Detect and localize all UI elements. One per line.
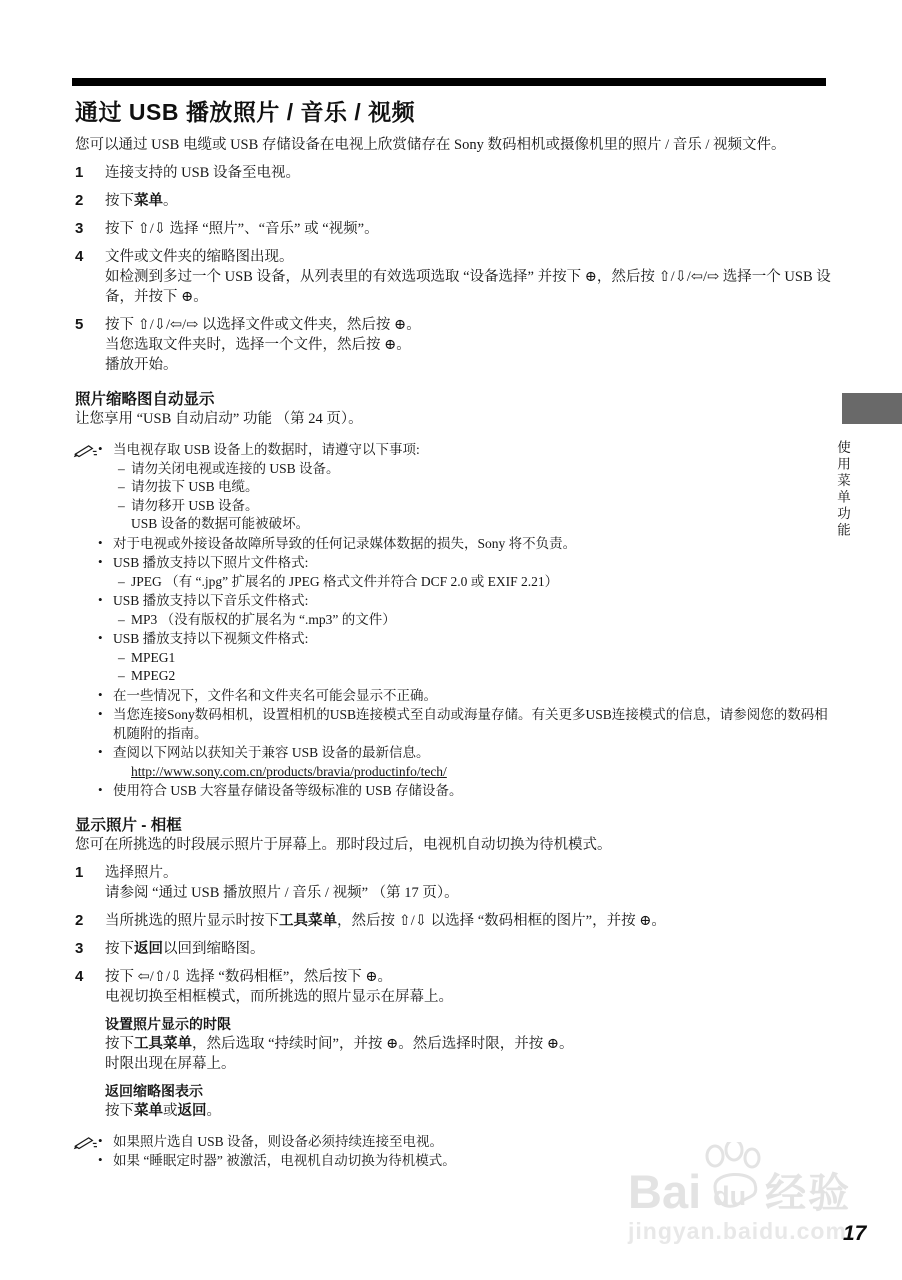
line-text: 文件或文件夹的缩略图出现。 xyxy=(105,247,831,267)
step-item: 4文件或文件夹的缩略图出现。 xyxy=(75,247,831,267)
note-item: •使用符合 USB 大容量存储设备等级标准的 USB 存储设备。 xyxy=(113,782,831,801)
note-pencil-icon xyxy=(73,1135,97,1150)
bullet-marker: • xyxy=(98,705,103,724)
line-text: 如果 “睡眠定时器” 被激活，电视机自动切换为待机模式。 xyxy=(113,1153,456,1168)
dash-marker: – xyxy=(118,667,125,686)
note-item: •USB 播放支持以下音乐文件格式: xyxy=(113,592,831,611)
line-text: 请勿移开 USB 设备。 xyxy=(131,498,259,513)
line-text: 显示照片 - 相框 xyxy=(75,817,182,834)
step-number: 4 xyxy=(75,247,105,267)
line-text: 使用符合 USB 大容量存储设备等级标准的 USB 存储设备。 xyxy=(113,783,463,798)
section-heading-auto-thumbnail: 照片缩略图自动显示 xyxy=(75,390,831,409)
note-item: •当电视存取 USB 设备上的数据时，请遵守以下事项: xyxy=(113,441,831,460)
line-text: 按下 ⇧/⇩/⇦/⇨ 以选择文件或文件夹，然后按 ⊕。 xyxy=(105,315,831,335)
note-item: •USB 播放支持以下视频文件格式: xyxy=(113,630,831,649)
line-text: USB 播放支持以下照片文件格式: xyxy=(113,555,308,570)
step-number: 5 xyxy=(75,315,105,335)
page-content: 通过 USB 播放照片 / 音乐 / 视频 您可以通过 USB 电缆或 USB … xyxy=(75,94,831,1171)
bullet-marker: • xyxy=(98,534,103,553)
bullet-marker: • xyxy=(98,686,103,705)
bullet-marker: • xyxy=(98,743,103,762)
dash-marker: – xyxy=(118,649,125,668)
line-text: 让您享用 “USB 自动启动” 功能 （第 24 页）。 xyxy=(75,411,363,427)
step-body: 如检测到多过一个 USB 设备，从列表里的有效选项选取 “设备选择” 并按下 ⊕… xyxy=(105,267,831,307)
step-number: 3 xyxy=(75,939,105,959)
note-item: •当您连接Sony数码相机，设置相机的USB连接模式至自动或海量存储。有关更多U… xyxy=(113,706,831,743)
dash-marker: – xyxy=(118,460,125,479)
step-body: 电视切换至相框模式，而所挑选的照片显示在屏幕上。 xyxy=(105,987,831,1007)
dash-marker: – xyxy=(118,497,125,516)
bullet-marker: • xyxy=(98,440,103,459)
step-item: 4按下 ⇦/⇧/⇩ 选择 “数码相框”，然后按下 ⊕。 xyxy=(75,967,831,987)
document-body: 您可以通过 USB 电缆或 USB 存储设备在电视上欣赏储存在 Sony 数码相… xyxy=(75,135,831,1171)
step-number: 1 xyxy=(75,863,105,883)
step-number: 1 xyxy=(75,163,105,183)
line-text: 按下菜单或返回。 xyxy=(105,1103,221,1119)
note-subitem: –JPEG （有 “.jpg” 扩展名的 JPEG 格式文件并符合 DCF 2.… xyxy=(131,573,831,592)
line-text: 您可以通过 USB 电缆或 USB 存储设备在电视上欣赏储存在 Sony 数码相… xyxy=(75,137,786,153)
note-subitem: –请勿拔下 USB 电缆。 xyxy=(131,478,831,497)
paw-icon: du xyxy=(701,1142,765,1214)
step-number: 3 xyxy=(75,219,105,239)
line-text: 对于电视或外接设备故障所导致的任何记录媒体数据的损失，Sony 将不负责。 xyxy=(113,536,576,551)
line-text: MPEG1 xyxy=(131,650,175,665)
step-body: 请参阅 “通过 USB 播放照片 / 音乐 / 视频” （第 17 页）。 xyxy=(105,883,831,903)
step-item: 3按下返回以回到缩略图。 xyxy=(75,939,831,959)
line-text: MPEG2 xyxy=(131,668,175,683)
dash-marker: – xyxy=(118,478,125,497)
watermark-text-du: du xyxy=(713,1181,746,1212)
line-text: 您可在所挑选的时段展示照片于屏幕上。那时段过后，电视机自动切换为待机模式。 xyxy=(75,837,612,853)
note-subitem: –MPEG2 xyxy=(131,667,831,686)
line-text: 请勿关闭电视或连接的 USB 设备。 xyxy=(131,461,340,476)
note-subitem: –MP3 （没有版权的扩展名为 “.mp3” 的文件） xyxy=(131,611,831,630)
page-title: 通过 USB 播放照片 / 音乐 / 视频 xyxy=(75,94,831,127)
paragraph: 让您享用 “USB 自动启动” 功能 （第 24 页）。 xyxy=(75,409,831,429)
step-item: 1选择照片。 xyxy=(75,863,831,883)
note-item: •查阅以下网站以获知关于兼容 USB 设备的最新信息。 xyxy=(113,744,831,763)
bullet-marker: • xyxy=(98,629,103,648)
line-text: 当电视存取 USB 设备上的数据时，请遵守以下事项: xyxy=(113,442,420,457)
watermark-text-jingyan: 经验 xyxy=(765,1172,851,1214)
step-item: 5按下 ⇧/⇩/⇦/⇨ 以选择文件或文件夹，然后按 ⊕。 xyxy=(75,315,831,335)
dash-marker: – xyxy=(118,573,125,592)
line-text: 返回缩略图表示 xyxy=(105,1083,203,1099)
step-number: 2 xyxy=(75,191,105,211)
line-text: 按下工具菜单，然后选取 “持续时间”，并按 ⊕。然后选择时限，并按 ⊕。 xyxy=(105,1036,574,1052)
line-text: 按下 ⇦/⇧/⇩ 选择 “数码相框”，然后按下 ⊕。 xyxy=(105,967,831,987)
step-item: 3按下 ⇧/⇩ 选择 “照片”、“音乐” 或 “视频”。 xyxy=(75,219,831,239)
line-text: 当您连接Sony数码相机，设置相机的USB连接模式至自动或海量存储。有关更多US… xyxy=(113,707,828,741)
bullet-marker: • xyxy=(98,553,103,572)
watermark-text-bai: Bai xyxy=(628,1170,701,1214)
step-body: 按下菜单或返回。 xyxy=(105,1101,831,1121)
line-text: 连接支持的 USB 设备至电视。 xyxy=(105,163,831,183)
step-body: 播放开始。 xyxy=(105,355,831,375)
line-text: 请勿拔下 USB 电缆。 xyxy=(131,479,259,494)
line-text: 如果照片选自 USB 设备，则设备必须持续连接至电视。 xyxy=(113,1134,443,1149)
step-item: 1连接支持的 USB 设备至电视。 xyxy=(75,163,831,183)
step-number: 4 xyxy=(75,967,105,987)
bullet-marker: • xyxy=(98,591,103,610)
step-item: 2按下菜单。 xyxy=(75,191,831,211)
line-text: 请参阅 “通过 USB 播放照片 / 音乐 / 视频” （第 17 页）。 xyxy=(105,885,459,901)
line-text: 按下菜单。 xyxy=(105,191,831,211)
section-label-vertical: 使用菜单功能 xyxy=(832,440,852,539)
note-subitem: –MPEG1 xyxy=(131,649,831,668)
line-text: 电视切换至相框模式，而所挑选的照片显示在屏幕上。 xyxy=(105,989,453,1005)
paragraph: 您可在所挑选的时段展示照片于屏幕上。那时段过后，电视机自动切换为待机模式。 xyxy=(75,835,831,855)
note-item: •在一些情况下，文件名和文件夹名可能会显示不正确。 xyxy=(113,687,831,706)
line-text: 设置照片显示的时限 xyxy=(105,1016,231,1032)
line-text: 当您选取文件夹时，选择一个文件，然后按 ⊕。 xyxy=(105,337,411,353)
line-text: 当所挑选的照片显示时按下工具菜单，然后按 ⇧/⇩ 以选择 “数码相框的图片”，并… xyxy=(105,911,831,931)
step-body: 时限出现在屏幕上。 xyxy=(105,1054,831,1074)
manual-page: 通过 USB 播放照片 / 音乐 / 视频 您可以通过 USB 电缆或 USB … xyxy=(0,0,902,1280)
bullet-marker: • xyxy=(98,1132,103,1151)
line-text: 时限出现在屏幕上。 xyxy=(105,1056,236,1072)
line-text: 按下 ⇧/⇩ 选择 “照片”、“音乐” 或 “视频”。 xyxy=(105,219,831,239)
bullet-marker: • xyxy=(98,781,103,800)
dash-marker: – xyxy=(118,611,125,630)
line-text: USB 播放支持以下音乐文件格式: xyxy=(113,593,308,608)
intro-paragraph: 您可以通过 USB 电缆或 USB 存储设备在电视上欣赏储存在 Sony 数码相… xyxy=(75,135,831,155)
line-text: 查阅以下网站以获知关于兼容 USB 设备的最新信息。 xyxy=(113,745,430,760)
line-text: 选择照片。 xyxy=(105,863,831,883)
usb-info-url: http://www.sony.com.cn/products/bravia/p… xyxy=(131,763,831,782)
bullet-marker: • xyxy=(98,1151,103,1170)
note-subitem: –请勿移开 USB 设备。 xyxy=(131,497,831,516)
note-text: USB 设备的数据可能被破坏。 xyxy=(131,515,831,534)
note-item: •USB 播放支持以下照片文件格式: xyxy=(113,554,831,573)
note-item: •对于电视或外接设备故障所导致的任何记录媒体数据的损失，Sony 将不负责。 xyxy=(113,535,831,554)
line-text: 按下返回以回到缩略图。 xyxy=(105,939,831,959)
sub-heading-display-duration: 设置照片显示的时限 xyxy=(105,1015,831,1034)
step-number: 2 xyxy=(75,911,105,931)
step-body: 按下工具菜单，然后选取 “持续时间”，并按 ⊕。然后选择时限，并按 ⊕。 xyxy=(105,1034,831,1054)
line-text: 如检测到多过一个 USB 设备，从列表里的有效选项选取 “设备选择” 并按下 ⊕… xyxy=(105,269,831,305)
line-text: JPEG （有 “.jpg” 扩展名的 JPEG 格式文件并符合 DCF 2.0… xyxy=(131,574,558,589)
line-text: 照片缩略图自动显示 xyxy=(75,391,215,408)
line-text: USB 播放支持以下视频文件格式: xyxy=(113,631,308,646)
line-text: USB 设备的数据可能被破坏。 xyxy=(131,516,309,531)
line-text: MP3 （没有版权的扩展名为 “.mp3” 的文件） xyxy=(131,612,396,627)
step-body: 当您选取文件夹时，选择一个文件，然后按 ⊕。 xyxy=(105,335,831,355)
watermark-logo: Bai du 经验 xyxy=(628,1142,902,1214)
section-tab xyxy=(842,393,902,424)
step-item: 2当所挑选的照片显示时按下工具菜单，然后按 ⇧/⇩ 以选择 “数码相框的图片”，… xyxy=(75,911,831,931)
note-subitem: –请勿关闭电视或连接的 USB 设备。 xyxy=(131,460,831,479)
title-rule xyxy=(72,78,826,86)
page-number: 17 xyxy=(843,1222,866,1246)
line-text: 在一些情况下，文件名和文件夹名可能会显示不正确。 xyxy=(113,688,437,703)
line-text: http://www.sony.com.cn/products/bravia/p… xyxy=(131,764,447,779)
line-text: 播放开始。 xyxy=(105,357,178,373)
section-heading-photo-frame: 显示照片 - 相框 xyxy=(75,816,831,835)
note-pencil-icon xyxy=(73,443,97,458)
sub-heading-return-thumbnail: 返回缩略图表示 xyxy=(105,1082,831,1101)
